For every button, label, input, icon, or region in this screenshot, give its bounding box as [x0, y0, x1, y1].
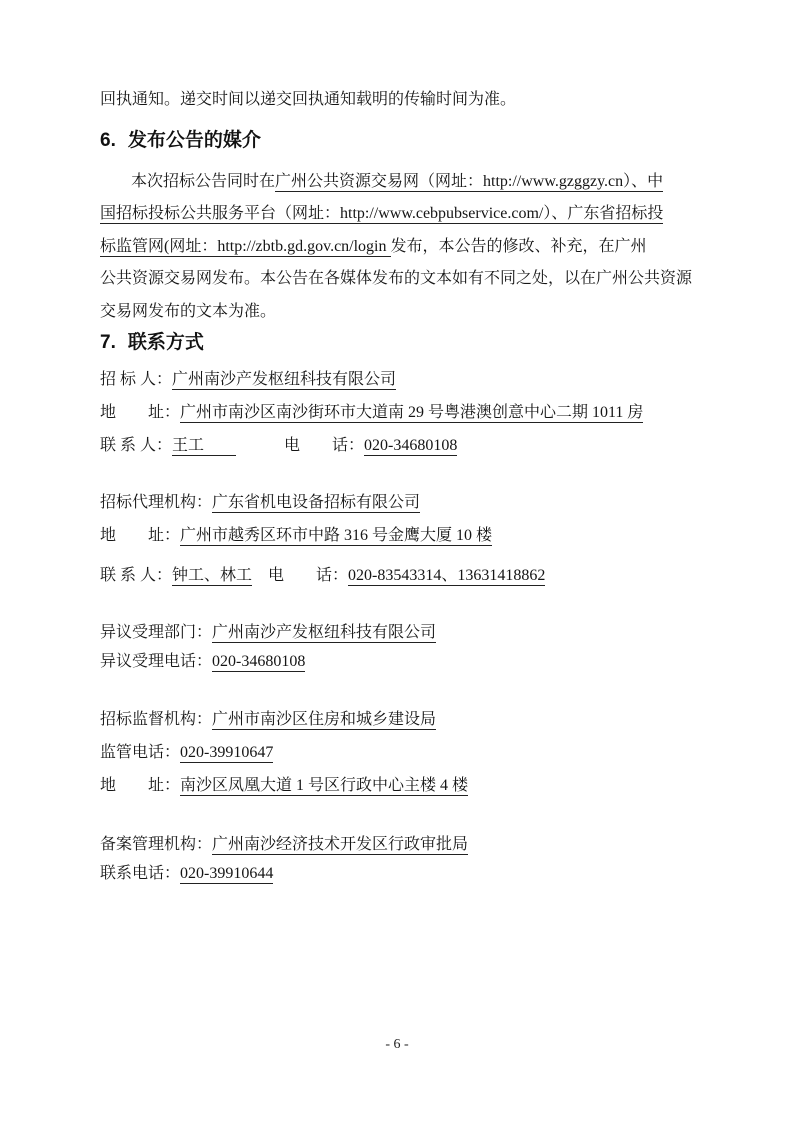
- contact-block-supervision: 招标监督机构：广州市南沙区住房和城乡建设局 监管电话：020-39910647 …: [100, 703, 700, 802]
- field-label: 监管电话：: [100, 744, 180, 761]
- field-value: 南沙区凤凰大道 1 号区行政中心主楼 4 楼: [180, 777, 468, 796]
- paragraph-line: 标监管网(网址：http://zbtb.gd.gov.cn/login 发布，本…: [100, 231, 700, 263]
- section-6-heading: 6.发布公告的媒介: [100, 127, 700, 155]
- section-6-title: 发布公告的媒介: [128, 130, 261, 151]
- paragraph-line: 国招标投标公共服务平台（网址：http://www.cebpubservice.…: [100, 198, 700, 230]
- plain-text: 发布，本公告的修改、补充，在广州: [391, 238, 647, 255]
- section-7-title: 联系方式: [128, 332, 204, 353]
- contact-line: 地 址：南沙区凤凰大道 1 号区行政中心主楼 4 楼: [100, 769, 700, 802]
- page-number: - 6 -: [0, 1036, 794, 1054]
- underlined-text: 标监管网(网址：http://zbtb.gd.gov.cn/login: [100, 238, 391, 257]
- contact-line: 招标监督机构：广州市南沙区住房和城乡建设局: [100, 703, 700, 736]
- field-label: 招标监督机构：: [100, 711, 212, 728]
- field-label: 联 系 人：: [100, 437, 172, 454]
- contact-line: 地 址：广州市南沙区南沙街环市大道南 29 号粤港澳创意中心二期 1011 房: [100, 396, 700, 429]
- field-value: 广东省机电设备招标有限公司: [212, 494, 420, 513]
- field-value: 020-34680108: [212, 653, 305, 672]
- document-page: 回执通知。递交时间以递交回执通知载明的传输时间为准。 6.发布公告的媒介 本次招…: [0, 0, 794, 1123]
- contact-block-objection: 异议受理部门：广州南沙产发枢纽科技有限公司 异议受理电话：020-3468010…: [100, 618, 700, 676]
- field-label: 地 址：: [100, 404, 180, 421]
- paragraph-line: 公共资源交易网发布。本公告在各媒体发布的文本如有不同之处，以在广州公共资源: [100, 263, 700, 295]
- contact-line: 地 址：广州市越秀区环市中路 316 号金鹰大厦 10 楼: [100, 519, 700, 552]
- contact-line: 监管电话：020-39910647: [100, 736, 700, 769]
- contact-line: 招标代理机构：广东省机电设备招标有限公司: [100, 486, 700, 519]
- contact-block-filing: 备案管理机构：广州南沙经济技术开发区行政审批局 联系电话：020-3991064…: [100, 830, 700, 888]
- field-value: 广州南沙产发枢纽科技有限公司: [212, 624, 436, 643]
- field-label: 电 话：: [252, 567, 348, 584]
- media-paragraph: 本次招标公告同时在广州公共资源交易网（网址：http://www.gzggzy.…: [100, 166, 700, 328]
- page-content: 回执通知。递交时间以递交回执通知载明的传输时间为准。 6.发布公告的媒介 本次招…: [100, 90, 700, 888]
- field-value: 广州市越秀区环市中路 316 号金鹰大厦 10 楼: [180, 527, 492, 546]
- section-6-number: 6.: [100, 130, 116, 151]
- contact-line: 联系电话：020-39910644: [100, 859, 700, 888]
- field-label: 备案管理机构：: [100, 836, 212, 853]
- field-label: 招 标 人：: [100, 371, 172, 388]
- field-value: 广州南沙经济技术开发区行政审批局: [212, 836, 468, 855]
- field-value: 020-39910644: [180, 865, 273, 884]
- contact-line: 异议受理部门：广州南沙产发枢纽科技有限公司: [100, 618, 700, 647]
- field-label: 联 系 人：: [100, 567, 172, 584]
- plain-text: 交易网发布的文本为准。: [100, 303, 276, 320]
- field-value: 020-83543314、13631418862: [348, 567, 545, 586]
- field-value: 020-34680108: [364, 437, 457, 456]
- contact-line: 联 系 人：王工 电 话：020-34680108: [100, 429, 700, 462]
- section-7-number: 7.: [100, 332, 116, 353]
- contact-line: 备案管理机构：广州南沙经济技术开发区行政审批局: [100, 830, 700, 859]
- field-label: 异议受理部门：: [100, 624, 212, 641]
- field-value: 广州市南沙区南沙街环市大道南 29 号粤港澳创意中心二期 1011 房: [180, 404, 643, 423]
- contact-line: 异议受理电话：020-34680108: [100, 647, 700, 676]
- paragraph-line: 交易网发布的文本为准。: [100, 296, 700, 328]
- field-value: 钟工、林工: [172, 567, 252, 586]
- plain-text: 本次招标公告同时在: [131, 173, 275, 190]
- field-label: 电 话：: [236, 437, 364, 454]
- field-value: 广州市南沙区住房和城乡建设局: [212, 711, 436, 730]
- carryover-paragraph: 回执通知。递交时间以递交回执通知载明的传输时间为准。: [100, 90, 700, 110]
- field-label: 异议受理电话：: [100, 653, 212, 670]
- field-value: 王工: [172, 437, 236, 456]
- section-7-heading: 7.联系方式: [100, 329, 700, 357]
- field-value: 广州南沙产发枢纽科技有限公司: [172, 371, 396, 390]
- field-label: 地 址：: [100, 527, 180, 544]
- field-label: 联系电话：: [100, 865, 180, 882]
- field-value: 020-39910647: [180, 744, 273, 763]
- contact-block-tenderer: 招 标 人：广州南沙产发枢纽科技有限公司 地 址：广州市南沙区南沙街环市大道南 …: [100, 363, 700, 462]
- underlined-text: 国招标投标公共服务平台（网址：http://www.cebpubservice.…: [100, 205, 663, 224]
- paragraph-line: 本次招标公告同时在广州公共资源交易网（网址：http://www.gzggzy.…: [100, 166, 700, 198]
- plain-text: 公共资源交易网发布。本公告在各媒体发布的文本如有不同之处，以在广州公共资源: [100, 270, 692, 287]
- field-label: 招标代理机构：: [100, 494, 212, 511]
- contact-line: 招 标 人：广州南沙产发枢纽科技有限公司: [100, 363, 700, 396]
- field-label: 地 址：: [100, 777, 180, 794]
- underlined-text: 广州公共资源交易网（网址：http://www.gzggzy.cn）、中: [275, 173, 663, 192]
- contact-block-agency: 招标代理机构：广东省机电设备招标有限公司 地 址：广州市越秀区环市中路 316 …: [100, 486, 700, 592]
- contact-line: 联 系 人：钟工、林工 电 话：020-83543314、13631418862: [100, 559, 700, 592]
